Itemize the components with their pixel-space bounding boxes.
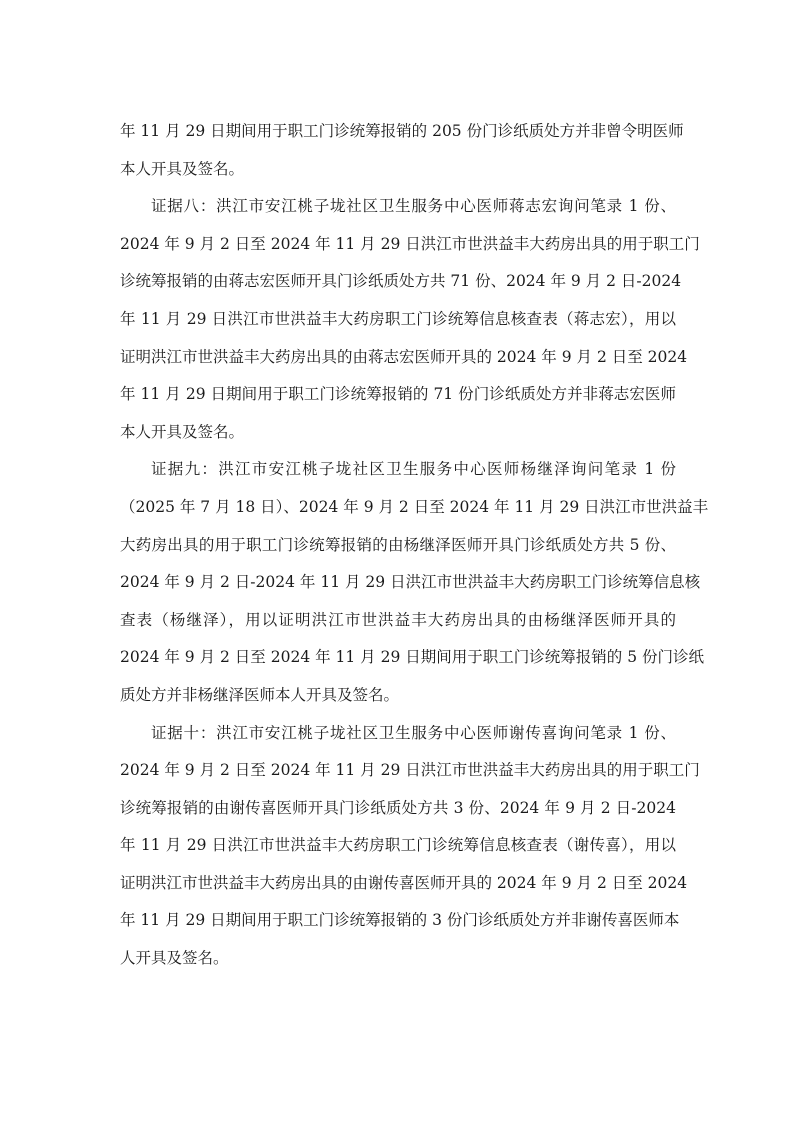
paragraph-continuation: 年 11 月 29 日期间用于职工门诊统筹报销的 205 份门诊纸质处方并非曾令… xyxy=(120,113,676,188)
text-line: 证明洪江市世洪益丰大药房出具的由谢传喜医师开具的 2024 年 9 月 2 日至… xyxy=(120,865,676,903)
document-page: 年 11 月 29 日期间用于职工门诊统筹报销的 205 份门诊纸质处方并非曾令… xyxy=(120,113,676,978)
text-line: 年 11 月 29 日洪江市世洪益丰大药房职工门诊统筹信息核查表（蒋志宏），用以 xyxy=(120,301,676,339)
text-line: 2024 年 9 月 2 日至 2024 年 11 月 29 日期间用于职工门诊… xyxy=(120,639,676,677)
text-line: 诊统筹报销的由谢传喜医师开具门诊纸质处方共 3 份、2024 年 9 月 2 日… xyxy=(120,790,676,828)
text-line: 2024 年 9 月 2 日至 2024 年 11 月 29 日洪江市世洪益丰大… xyxy=(120,752,676,790)
text-line: 本人开具及签名。 xyxy=(120,414,676,452)
text-line: 质处方并非杨继泽医师本人开具及签名。 xyxy=(120,677,676,715)
paragraph-evidence-9: 证据九：洪江市安江桃子垅社区卫生服务中心医师杨继泽询问笔录 1 份 （2025 … xyxy=(120,451,676,714)
text-line: 本人开具及签名。 xyxy=(120,151,676,189)
text-line: （2025 年 7 月 18 日）、2024 年 9 月 2 日至 2024 年… xyxy=(120,489,676,527)
text-line: 证明洪江市世洪益丰大药房出具的由蒋志宏医师开具的 2024 年 9 月 2 日至… xyxy=(120,339,676,377)
text-line: 2024 年 9 月 2 日-2024 年 11 月 29 日洪江市世洪益丰大药… xyxy=(120,564,676,602)
text-line: 诊统筹报销的由蒋志宏医师开具门诊纸质处方共 71 份、2024 年 9 月 2 … xyxy=(120,263,676,301)
text-line: 大药房出具的用于职工门诊统筹报销的由杨继泽医师开具门诊纸质处方共 5 份、 xyxy=(120,527,676,565)
text-line: 年 11 月 29 日洪江市世洪益丰大药房职工门诊统筹信息核查表（谢传喜），用以 xyxy=(120,827,676,865)
text-line: 证据八：洪江市安江桃子垅社区卫生服务中心医师蒋志宏询问笔录 1 份、 xyxy=(120,188,676,226)
text-line: 证据十：洪江市安江桃子垅社区卫生服务中心医师谢传喜询问笔录 1 份、 xyxy=(120,715,676,753)
text-line: 2024 年 9 月 2 日至 2024 年 11 月 29 日洪江市世洪益丰大… xyxy=(120,226,676,264)
text-line: 人开具及签名。 xyxy=(120,940,676,978)
text-line: 查表（杨继泽），用以证明洪江市世洪益丰大药房出具的由杨继泽医师开具的 xyxy=(120,602,676,640)
paragraph-evidence-8: 证据八：洪江市安江桃子垅社区卫生服务中心医师蒋志宏询问笔录 1 份、 2024 … xyxy=(120,188,676,451)
text-line: 年 11 月 29 日期间用于职工门诊统筹报销的 71 份门诊纸质处方并非蒋志宏… xyxy=(120,376,676,414)
text-line: 年 11 月 29 日期间用于职工门诊统筹报销的 3 份门诊纸质处方并非谢传喜医… xyxy=(120,902,676,940)
paragraph-evidence-10: 证据十：洪江市安江桃子垅社区卫生服务中心医师谢传喜询问笔录 1 份、 2024 … xyxy=(120,715,676,978)
text-line: 年 11 月 29 日期间用于职工门诊统筹报销的 205 份门诊纸质处方并非曾令… xyxy=(120,113,676,151)
text-line: 证据九：洪江市安江桃子垅社区卫生服务中心医师杨继泽询问笔录 1 份 xyxy=(120,451,676,489)
